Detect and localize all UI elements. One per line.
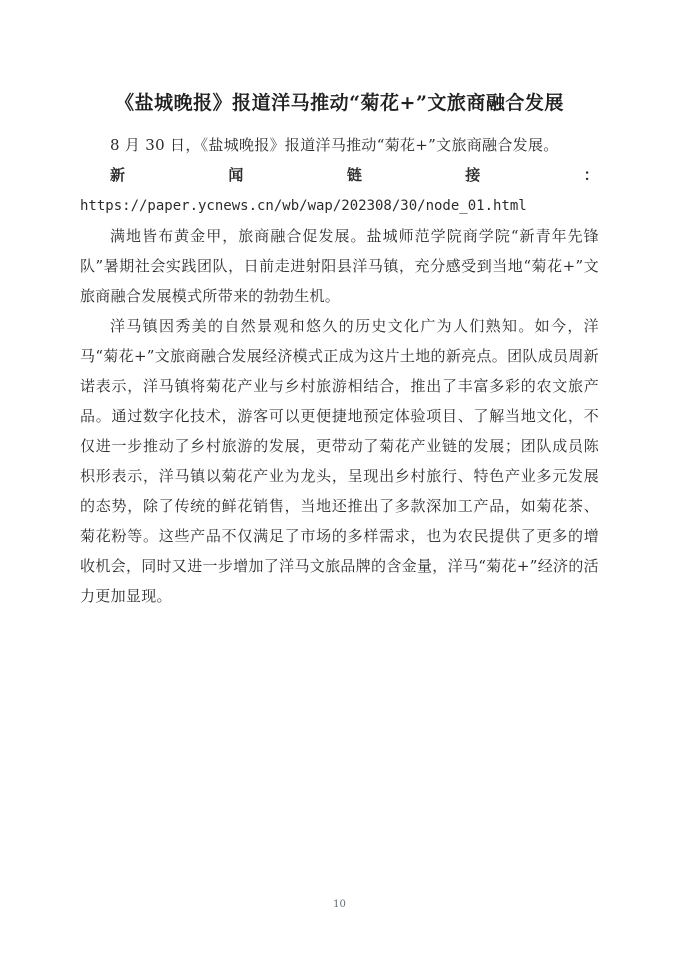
- document-page: 《盐城晚报》报道洋马推动“菊花+”文旅商融合发展 8 月 30 日，《盐城晚报》…: [0, 0, 679, 961]
- body-paragraph-2: 洋马镇因秀美的自然景观和悠久的历史文化广为人们熟知。如今，洋马“菊花+”文旅商融…: [80, 311, 599, 611]
- link-url[interactable]: https://paper.ycnews.cn/wb/wap/202308/30…: [80, 198, 527, 214]
- body-paragraph-1: 满地皆布黄金甲，旅商融合促发展。盐城师范学院商学院“新青年先锋队”暑期社会实践团…: [80, 221, 599, 311]
- document-content: 《盐城晚报》报道洋马推动“菊花+”文旅商融合发展 8 月 30 日，《盐城晚报》…: [80, 88, 599, 611]
- date-line: 8 月 30 日，《盐城晚报》报道洋马推动“菊花+”文旅商融合发展。: [80, 130, 599, 160]
- link-line: 新闻链接：https://paper.ycnews.cn/wb/wap/2023…: [80, 160, 599, 221]
- page-number: 10: [0, 898, 679, 912]
- article-title: 《盐城晚报》报道洋马推动“菊花+”文旅商融合发展: [80, 88, 599, 118]
- link-label: 新闻链接：: [110, 166, 599, 184]
